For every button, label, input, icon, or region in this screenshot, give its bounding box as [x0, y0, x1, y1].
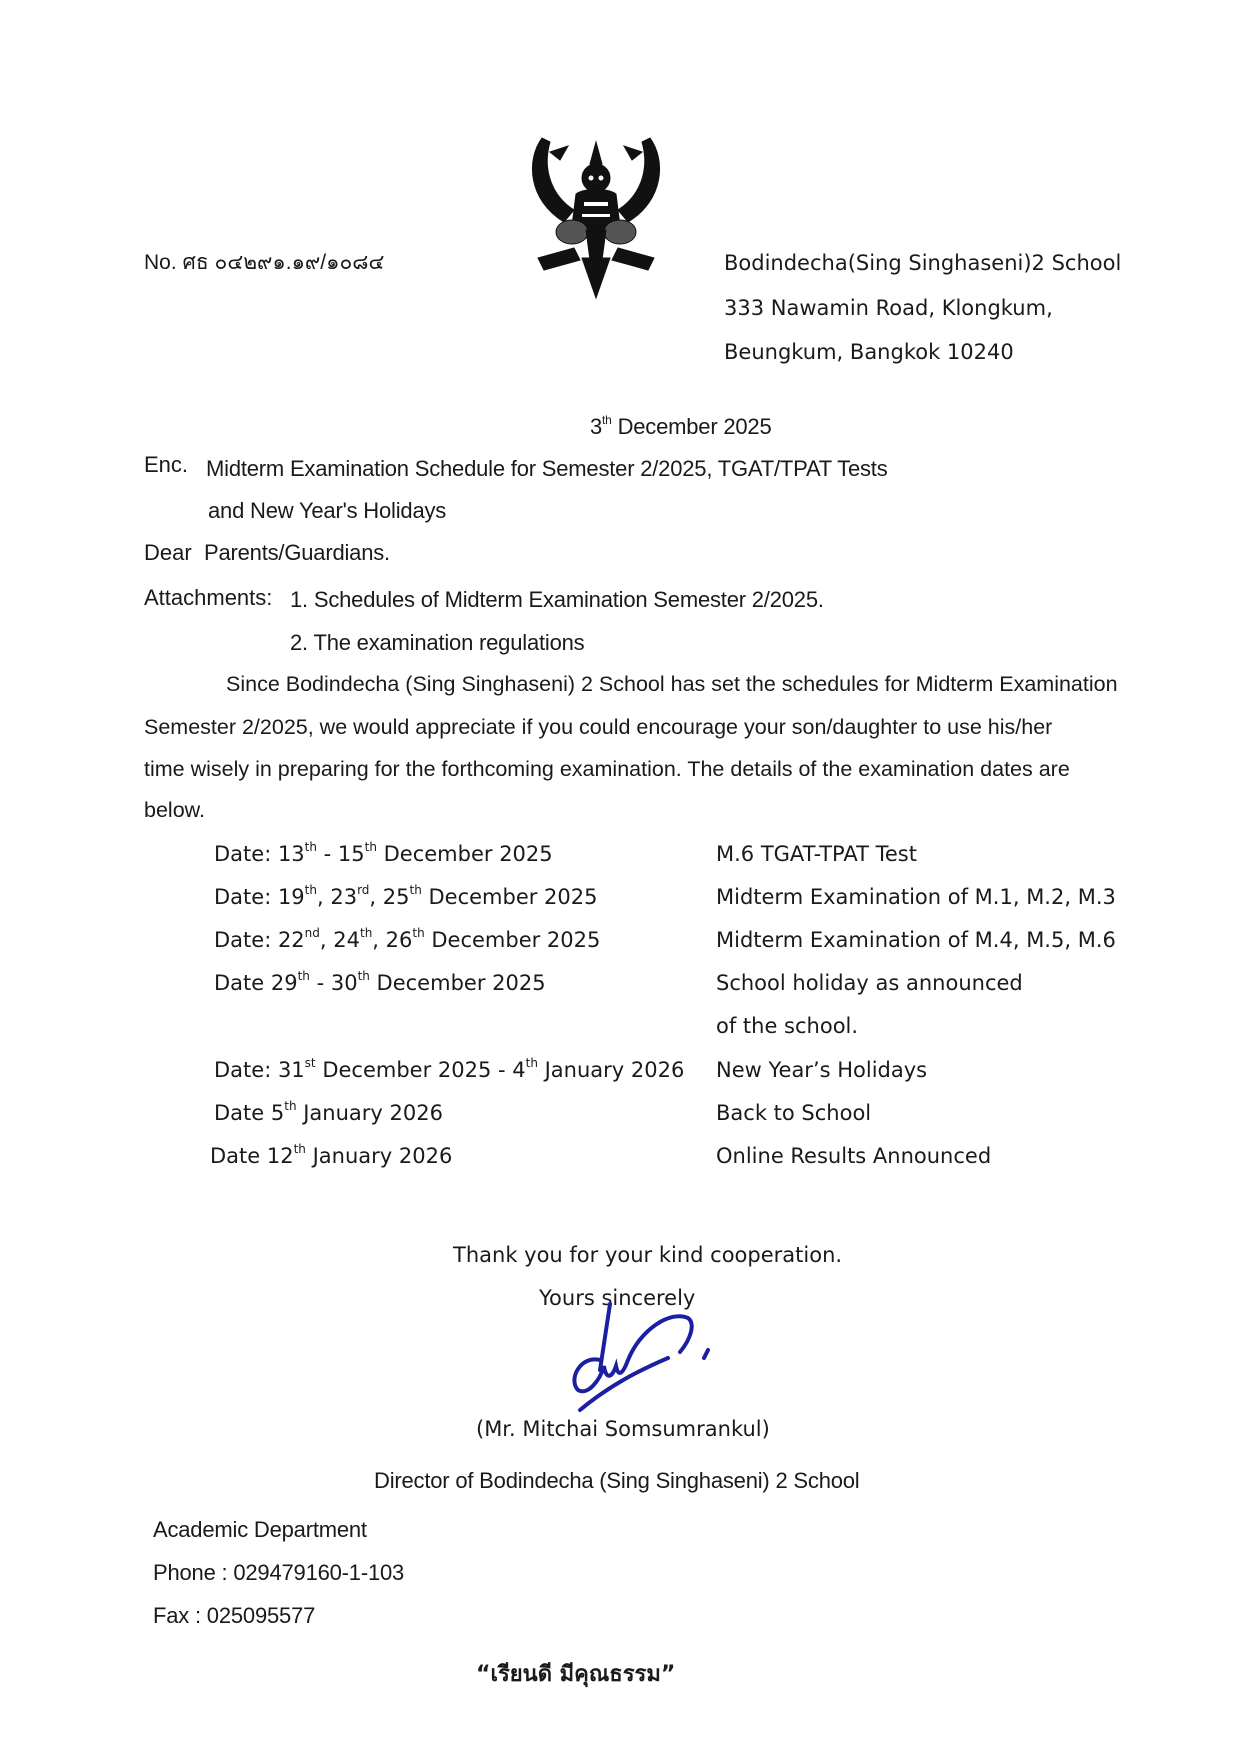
signature-image — [560, 1300, 730, 1420]
fax-number: Fax : 025095577 — [153, 1603, 315, 1629]
salutation-text: Parents/Guardians. — [204, 540, 390, 566]
body-line: Semester 2/2025, we would appreciate if … — [144, 715, 1094, 740]
attachment-item: 1. Schedules of Midterm Examination Seme… — [290, 587, 824, 613]
salutation-label: Dear — [144, 540, 192, 566]
schedule-date: Date: 13th - 15th December 2025 — [214, 842, 553, 866]
school-name: Bodindecha(Sing Singhaseni)2 School — [724, 251, 1121, 275]
schedule-description: M.6 TGAT-TPAT Test — [716, 842, 917, 866]
department: Academic Department — [153, 1517, 367, 1543]
signatory-title: Director of Bodindecha (Sing Singhaseni)… — [374, 1468, 860, 1494]
schedule-description: Back to School — [716, 1101, 871, 1125]
address-line-2: Beungkum, Bangkok 10240 — [724, 340, 1014, 364]
schedule-description: Online Results Announced — [716, 1144, 991, 1168]
schedule-description: Midterm Examination of M.1, M.2, M.3 — [716, 885, 1116, 909]
schedule-date: Date 5th January 2026 — [214, 1101, 443, 1125]
attachment-item: 2. The examination regulations — [290, 630, 584, 656]
attachments-label: Attachments: — [144, 585, 272, 611]
thanks-line: Thank you for your kind cooperation. — [453, 1243, 842, 1267]
signatory-name: (Mr. Mitchai Somsumrankul) — [476, 1417, 770, 1441]
letter-date: 3th December 2025 — [590, 414, 772, 440]
reference-number: No. ศธ ๐๔๒๙๑.๑๙/๑๐๘๔ — [144, 246, 384, 279]
phone-number: Phone : 029479160-1-103 — [153, 1560, 404, 1586]
address-line-1: 333 Nawamin Road, Klongkum, — [724, 296, 1053, 320]
schedule-date: Date: 19th, 23rd, 25th December 2025 — [214, 885, 598, 909]
body-line: Since Bodindecha (Sing Singhaseni) 2 Sch… — [226, 672, 1096, 697]
schedule-date: Date: 31st December 2025 - 4th January 2… — [214, 1058, 684, 1082]
enclosure-line-1: Midterm Examination Schedule for Semeste… — [206, 456, 888, 482]
body-line: time wisely in preparing for the forthco… — [144, 757, 1094, 782]
enclosure-label: Enc. — [144, 452, 188, 478]
school-motto: “เรียนดี มีคุณธรรม” — [476, 1656, 675, 1691]
schedule-date: Date 29th - 30th December 2025 — [214, 971, 546, 995]
garuda-emblem-icon — [524, 130, 668, 300]
schedule-description: New Year’s Holidays — [716, 1058, 927, 1082]
schedule-date: Date: 22nd, 24th, 26th December 2025 — [214, 928, 600, 952]
schedule-description: Midterm Examination of M.4, M.5, M.6 — [716, 928, 1116, 952]
schedule-date: Date 12th January 2026 — [210, 1144, 452, 1168]
schedule-description: of the school. — [716, 1014, 858, 1038]
schedule-description: School holiday as announced — [716, 971, 1023, 995]
enclosure-line-2: and New Year's Holidays — [208, 498, 446, 524]
body-line: below. — [144, 798, 1094, 823]
